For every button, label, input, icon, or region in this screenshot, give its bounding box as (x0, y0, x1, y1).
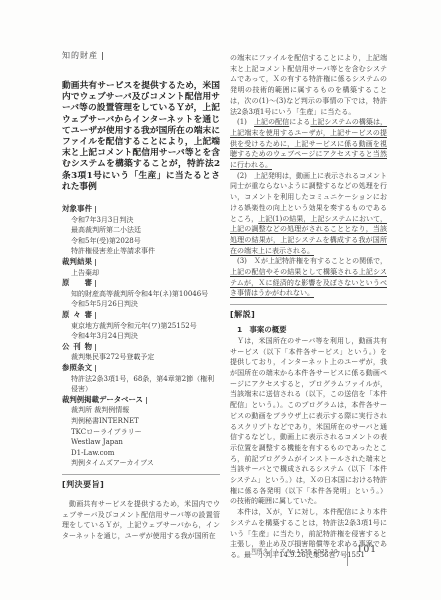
case-info-item: 最高裁判所第二小法廷 (62, 225, 220, 236)
label-divider-bar (95, 206, 96, 213)
case-info-label-row: 参照条文 (62, 363, 220, 374)
case-info-label: 裁判例掲載データベース (62, 395, 143, 406)
commentary-section-heading: 1 事案の概要 (230, 325, 387, 336)
case-info-label: 原審 (62, 278, 92, 289)
case-info-item: 特許権侵害差止等請求事件 (62, 246, 220, 257)
summary-paragraph: の端末にファイルを配信することにより，上記端末と上記コメント配信用サーバ等とを含… (230, 53, 387, 117)
case-info-item: 上告棄却 (62, 268, 220, 279)
journal-page: 知的財産 動画共有サービスを提供するため，米国内でウェブサーバ及びコメント配信用… (0, 0, 441, 600)
page-footer: 判例タイムズ No.1535 2025.10 101 (251, 545, 377, 566)
plain-text: (1) (237, 118, 254, 126)
plain-text: の端末にファイルを配信することにより，上記端末と上記コメント配信用サーバ等とを含… (230, 54, 387, 116)
case-info-group: 参照条文特許法2条3項1号，68条，第4章第2節（権利侵害） (62, 363, 220, 395)
case-info-item: 知的財産高等裁判所令和4年(ネ)第10046号 (62, 289, 220, 300)
case-info-item: 令和4年3月24日判決 (62, 331, 220, 342)
case-info-label: 参照条文 (62, 363, 92, 374)
category-divider-bar (102, 52, 103, 60)
summary-left-text: 動画共有サービスを提供するため，米国内でウェブサーバ及びコメント配信用サーバ等の… (62, 499, 220, 542)
case-info-group: 対象事件令和7年3月3日判決最高裁判所第二小法廷令和5年(受)第2028号特許権… (62, 204, 220, 257)
case-info-label-row: 対象事件 (62, 204, 220, 215)
summary-paragraph: (3) Ｘが上記特許権を有することとの関係で，上記の配信やその結果として構築され… (230, 256, 387, 299)
case-info-item: 東京地方裁判所令和元年(ワ)第25152号 (62, 321, 220, 332)
case-info-item: Westlaw Japan (62, 437, 220, 448)
left-column: 知的財産 動画共有サービスを提供するため，米国内でウェブサーバ及びコメント配信用… (62, 51, 220, 542)
label-divider-bar (146, 397, 147, 404)
page-number: 101 (357, 545, 377, 555)
case-info-label: 裁判結果 (62, 257, 92, 268)
case-info-item: 令和5年5月26日判決 (62, 299, 220, 310)
case-info-label: 公刊物 (62, 342, 92, 353)
commentary-paragraphs: Ｙは，米国所在のサーバ等を利用し，動画共有サービス（以下「本件各サービス」という… (230, 336, 387, 561)
case-info-item: 令和7年3月3日判決 (62, 215, 220, 226)
case-info-item: 裁判所 裁判例情報 (62, 405, 220, 416)
underlined-text: 上記の配信やその結果として構築される上記システムが，Ｘに経済的な影響を及ぼさない… (230, 268, 387, 297)
case-info-list: 対象事件令和7年3月3日判決最高裁判所第二小法廷令和5年(受)第2028号特許権… (62, 204, 220, 469)
case-info-group: 原々審東京地方裁判所令和元年(ワ)第25152号令和4年3月24日判決 (62, 310, 220, 342)
label-divider-bar (95, 312, 96, 319)
plain-text: による (289, 118, 310, 126)
right-column: の端末にファイルを配信することにより，上記端末と上記コメント配信用サーバ等とを含… (230, 53, 387, 561)
category-label: 知的財産 (62, 51, 98, 61)
case-info-label-row: 原審 (62, 278, 220, 289)
case-info-group: 裁判例掲載データベース裁判所 裁判例情報判例秘書INTERNETTKCローライブ… (62, 395, 220, 469)
label-divider-bar (95, 365, 96, 372)
case-info-group: 裁判結果上告棄却 (62, 257, 220, 278)
summary-continuation: の端末にファイルを配信することにより，上記端末と上記コメント配信用サーバ等とを含… (230, 53, 387, 299)
commentary-heading: [解説] (230, 309, 387, 320)
summary-paragraph: (1) 上記の配信による上記システムの構築は，上記端末を使用するユーザが，上記サ… (230, 117, 387, 171)
footer-journal-info: 判例タイムズ No.1535 2025.10 (251, 547, 338, 555)
case-info-label-row: 裁判結果 (62, 257, 220, 268)
case-info-group: 公刊物裁判集民事272号登載予定 (62, 342, 220, 363)
summary-divider-rule (62, 474, 220, 475)
case-info-item: TKCローライブラリー (62, 427, 220, 438)
commentary-paragraph: Ｙは，米国所在のサーバ等を利用し，動画共有サービス（以下「本件各サービス」という… (230, 336, 387, 507)
case-info-label: 対象事件 (62, 204, 92, 215)
summary-heading: [判決要旨] (62, 479, 220, 490)
case-info-item: 判例タイムズアーカイブス (62, 458, 220, 469)
case-info-label: 原々審 (62, 310, 92, 321)
category-label-row: 知的財産 (62, 51, 220, 61)
summary-paragraph: (2) 上記発明は，動画上に表示されるコメント同士が重ならないように調整するなど… (230, 171, 387, 257)
case-info-item: 判例秘書INTERNET (62, 416, 220, 427)
underlined-text: 上記の配信 (254, 118, 289, 126)
case-info-label-row: 裁判例掲載データベース (62, 395, 220, 406)
case-info-label-row: 原々審 (62, 310, 220, 321)
case-info-label-row: 公刊物 (62, 342, 220, 353)
case-info-item: D1-Law.com (62, 448, 220, 459)
commentary-divider-rule (230, 304, 387, 305)
case-info-item: 令和5年(受)第2028号 (62, 236, 220, 247)
case-info-item: 特許法2条3項1号，68条，第4章第2節（権利侵害） (62, 374, 220, 395)
case-headline: 動画共有サービスを提供するため，米国内でウェブサーバ及びコメント配信用サーバ等の… (62, 81, 220, 193)
plain-text: (3) Ｘが上記特許権を有することとの関係で， (237, 257, 387, 265)
case-info-group: 原審知的財産高等裁判所令和4年(ネ)第10046号令和5年5月26日判決 (62, 278, 220, 310)
case-info-item: 裁判集民事272号登載予定 (62, 352, 220, 363)
footer-divider-bar (347, 545, 348, 566)
label-divider-bar (95, 344, 96, 351)
label-divider-bar (95, 259, 96, 266)
label-divider-bar (95, 280, 96, 287)
